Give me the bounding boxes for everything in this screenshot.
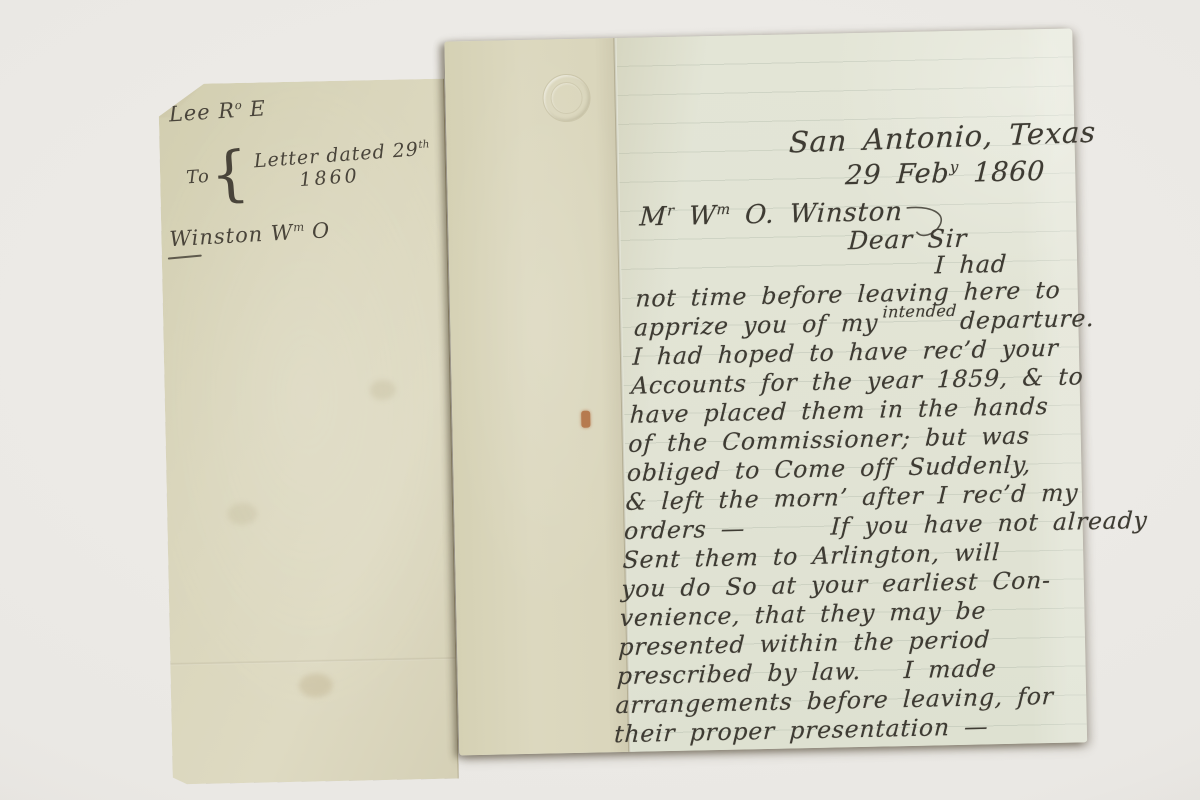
inserted-word: intended [882,301,957,322]
embossed-seal [542,74,591,123]
horizontal-crease [170,657,455,666]
docket-name-line: Lee Ro E [168,96,267,126]
letter-sheet: San Antonio, Texas 29 Feby 1860 Mr Wm O.… [444,28,1087,755]
pen-flourish-icon [903,203,951,246]
docket-to-label: To [186,165,211,188]
docket-to-line: To { Letter dated 29th 1860 [184,131,432,207]
docket-addressee-superscript: m [293,220,305,235]
foxing-stain [227,503,257,526]
docket-addressee-main: Winston W [169,220,294,251]
docket-name-end: E [241,96,267,121]
letter-text: San Antonio, Texas 29 Feby 1860 Mr Wm O.… [613,118,1095,749]
underline-stroke [168,255,202,260]
foxing-stain [369,380,395,401]
docket-dated-superscript: th [418,138,430,151]
fold-strip [444,38,629,755]
docket-dated-group: Letter dated 29th 1860 [253,138,432,195]
docket-addressee-line: Winston Wm O [169,218,331,251]
folded-letter: Lee Ro E To { Letter dated 29th 1860 Win… [142,20,1098,790]
brace-mark: { [209,144,252,205]
docket-name-main: Lee R [168,98,236,126]
rust-stain [581,411,590,428]
photo-background: Lee Ro E To { Letter dated 29th 1860 Win… [0,0,1200,800]
foxing-stain [299,673,333,698]
docket-addressee-end: O [304,218,331,243]
docket-panel: Lee Ro E To { Letter dated 29th 1860 Win… [158,79,459,785]
